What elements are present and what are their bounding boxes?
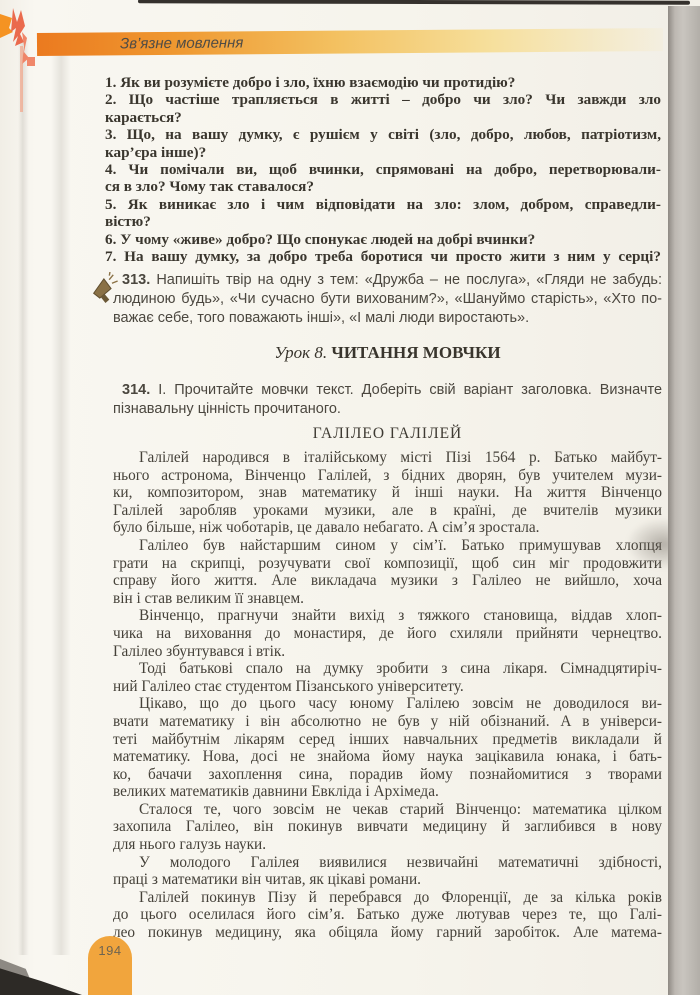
text-line: до цього оселилася його сім’я. Батько ду… xyxy=(113,906,662,924)
scan-top-edge xyxy=(138,0,690,5)
text-line: справу його життя. Але викладача музики … xyxy=(113,572,662,590)
text-line: Галілей покинув Пізу й перебрався до Фло… xyxy=(113,889,662,907)
story-paragraph: Галілей народився в італійському місті П… xyxy=(113,449,662,537)
text-line: 6. У чому «живе» добро? Що спонукає люде… xyxy=(105,231,661,248)
text-line: нього астронома, Вінченцо Галілей, з бід… xyxy=(113,467,662,485)
text-line: ки, композитором, знав математику й інші… xyxy=(113,484,662,502)
book-edge-strip xyxy=(668,6,700,995)
text-line: 3. Що, на вашу думку, є рушієм у світі (… xyxy=(105,126,661,143)
section-header-band: Зв’язне мовлення xyxy=(37,28,663,56)
text-line: вчати математику і він абсолютно не був … xyxy=(113,713,662,731)
text-line: Галілео збунтувався і втік. xyxy=(113,643,662,661)
story-paragraph: У молодого Галілея виявилися незвичайні … xyxy=(113,854,662,889)
exercise-313-lines: людиною будь», «Чи сучасно бути виховани… xyxy=(113,290,662,328)
text-line: 1. Як ви розумієте добро і зло, їхню вза… xyxy=(105,74,661,91)
text-line: Галілео був найстаршим сином у сім’ї. Ба… xyxy=(113,537,662,555)
text-line: ний Галілео стає студентом Пізанського у… xyxy=(113,678,662,696)
story-paragraph: Сталося те, чого зовсім не чекав старий … xyxy=(113,801,662,854)
exercise-314-text: І. Прочитайте мовчки текст. Доберіть сві… xyxy=(158,382,662,398)
exercise-number: 314. xyxy=(122,382,150,398)
text-line: для нього галузь науки. xyxy=(113,836,662,854)
story-title: ГАЛІЛЕО ГАЛІЛЕЙ xyxy=(113,425,662,443)
text-line: Галілей народився в італійському місті П… xyxy=(113,449,662,467)
book-spine-dark-edge xyxy=(0,958,82,995)
exercise-313-first-line: 313. Напишіть твір на одну з тем: «Дружб… xyxy=(113,271,662,290)
story-paragraph: Галілей покинув Пізу й перебрався до Фло… xyxy=(113,889,662,942)
questions-list: 1. Як ви розумієте добро і зло, їхню вза… xyxy=(105,74,661,265)
story-paragraph: Галілео був найстаршим сином у сім’ї. Ба… xyxy=(113,537,662,607)
textbook-page: Зв’язне мовлення 1. Як ви розумієте добр… xyxy=(0,0,700,995)
text-line: людиною будь», «Чи сучасно бути виховани… xyxy=(113,290,662,309)
text-line: кар’єра інше)? xyxy=(105,144,661,161)
text-line: 7. На вашу думку, за добро треба боротис… xyxy=(105,248,661,265)
exercise-313: 313. Напишіть твір на одну з тем: «Дружб… xyxy=(113,271,662,328)
text-line: праці з математики він читав, як цікаві … xyxy=(113,871,662,889)
text-line: ся в зло? Чому так ставалося? xyxy=(105,178,661,195)
exercise-313-text: Напишіть твір на одну з тем: «Дружба – н… xyxy=(156,272,662,288)
text-line: теті майбутнім лікарям серед інших навча… xyxy=(113,731,662,749)
text-line: ко, бачачи захоплення сина, порадив йому… xyxy=(113,766,662,784)
section-header-label: Зв’язне мовлення xyxy=(37,28,663,56)
exercise-314-lines: пізнавальну цінність прочитаного. xyxy=(113,400,662,419)
text-line: великих математиків давнини Евкліда і Ар… xyxy=(113,783,662,801)
text-line: Галілей заробляв уроками музики, але в к… xyxy=(113,502,662,520)
page-corner-ornament xyxy=(0,2,60,132)
text-line: грати на скрипці, розучувати свої композ… xyxy=(113,555,662,573)
text-line: 4. Чи помічали ви, щоб вчинки, спрямован… xyxy=(105,161,661,178)
text-line: важає себе, того поважають інші», «І мал… xyxy=(113,309,662,328)
text-line: захопила Галілео, він покинув вивчати ме… xyxy=(113,818,662,836)
book-gutter-shadow xyxy=(18,40,78,955)
exercise-314-first-line: 314. І. Прочитайте мовчки текст. Доберіт… xyxy=(113,381,662,400)
text-line: 2. Що частіше трапляється в житті – добр… xyxy=(105,91,661,108)
text-line: він і став великим її знавцем. xyxy=(113,590,662,608)
megaphone-icon xyxy=(89,272,119,306)
exercise-314: 314. І. Прочитайте мовчки текст. Доберіт… xyxy=(113,381,662,419)
text-line: У молодого Галілея виявилися незвичайні … xyxy=(113,854,662,872)
text-line: математику. Нова, досі не знайома йому н… xyxy=(113,748,662,766)
text-line: пізнавальну цінність прочитаного. xyxy=(113,400,662,419)
text-line: було більше, ніж чоботарів, це давало не… xyxy=(113,519,662,537)
text-line: Вінченцо, прагнучи знайти вихід з тяжког… xyxy=(113,607,662,625)
text-line: Сталося те, чого зовсім не чекав старий … xyxy=(113,801,662,819)
page-number-tab: 194 xyxy=(88,936,132,995)
page-number: 194 xyxy=(88,936,132,958)
lesson-title: ЧИТАННЯ МОВЧКИ xyxy=(331,343,500,362)
lesson-number: Урок 8. xyxy=(274,343,327,362)
story-paragraph: Вінченцо, прагнучи знайти вихід з тяжког… xyxy=(113,607,662,660)
text-line: вістю? xyxy=(105,213,661,230)
story-paragraph: Цікаво, що до цього часу юному Галілею з… xyxy=(113,695,662,801)
text-line: чика на виховання до монастиря, де його … xyxy=(113,625,662,643)
text-line: Цікаво, що до цього часу юному Галілею з… xyxy=(113,695,662,713)
story-paragraph: Тоді батькові спало на думку зробити з с… xyxy=(113,660,662,695)
exercise-number: 313. xyxy=(122,272,150,288)
lesson-heading: Урок 8. ЧИТАННЯ МОВЧКИ xyxy=(113,343,662,363)
text-line: карається? xyxy=(105,109,661,126)
text-line: Тоді батькові спало на думку зробити з с… xyxy=(113,660,662,678)
text-line: лео покинув медицину, яка обіцяла йому г… xyxy=(113,924,662,942)
story-text: Галілей народився в італійському місті П… xyxy=(113,449,662,942)
text-line: 5. Як виникає зло і чим відповідати на з… xyxy=(105,196,661,213)
